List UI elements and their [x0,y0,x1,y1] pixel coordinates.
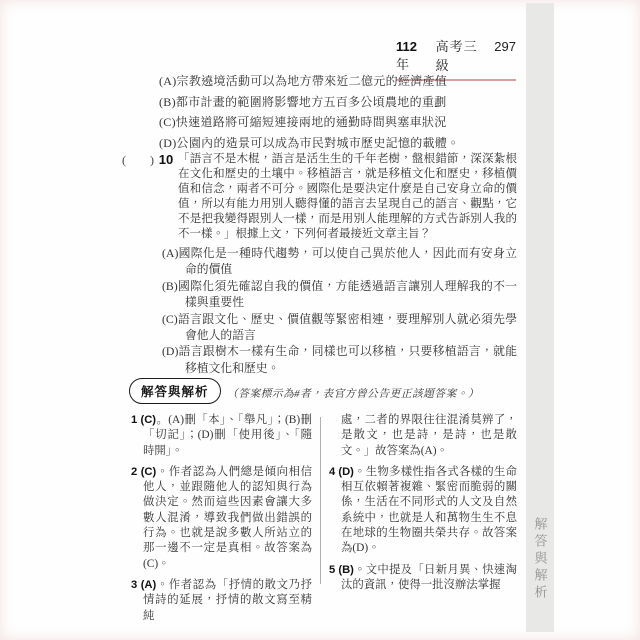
answers-column-right: 處，二者的界限往往混淆莫辨了，是散文，也是詩，是詩，也是散文。」故答案為(A)。… [329,413,517,630]
section-side-tab: 解答與解析 [526,3,554,632]
option-line-a: (A)宗教遶境活動可以為地方帶來近二億元的經濟產值 [159,71,523,92]
answer-item-1: 1 (C)。(A)刪「本」、「舉凡」；(B)刪「切記」；(D)刪「使用後」、「隨… [131,413,312,459]
answer-text: 。文中提及「日新月異、快速淘汰的資訊，使得一批沒辦法掌握 [341,564,517,591]
paren-open: ( [122,153,126,168]
question-block: ( ) 10 「語言不是木棍，語言是活生生的千年老樹，盤根錯節，深深紮根在文化和… [122,152,517,242]
column-divider [320,417,321,584]
answer-choice: (C) [141,414,157,426]
question-option-a: (A)國際化是一種時代趨勢，可以使自己異於他人，因此而有安身立命的價值 [162,245,517,278]
answer-number: 5 [329,564,335,576]
answer-parentheses: ( ) [122,152,154,168]
question-option-b: (B)國際化須先確認自我的價值，方能透過語言讓別人理解我的不一樣與重要性 [162,278,517,311]
answer-choice: (D) [338,466,354,478]
answers-section-note: （答案標示為#者，表官方曾公告更正該題答案。） [227,386,479,401]
book-page: 112年 高考三級 297 解答與解析 (A)宗教遶境活動可以為地方帶來近二億元… [0,0,640,640]
header-exam-title: 高考三級 [436,36,485,74]
answer-choice: (A) [141,579,157,591]
answer-text: 。作者認為人們總是傾向相信他人，並跟隨他人的認知與行為做決定。然而這些因素會讓大… [143,466,312,570]
answer-text: 。生物多樣性指各式各樣的生命相互依賴著複雜、緊密而脆弱的關係，生活在不同形式的人… [341,466,517,554]
question-options: (A)國際化是一種時代趨勢，可以使自己異於他人，因此而有安身立命的價值 (B)國… [162,245,517,376]
previous-question-options: (A)宗教遶境活動可以為地方帶來近二億元的經濟產值 (B)都市計畫的範圍將影響地… [159,71,523,153]
answer-text: 處，二者的界限往往混淆莫辨了，是散文，也是詩，是詩，也是散文。」故答案為(A)。 [341,414,517,457]
answer-number: 1 [131,414,137,426]
answer-choice: (B) [338,564,354,576]
answer-item-3-continuation: 處，二者的界限往往混淆莫辨了，是散文，也是詩，是詩，也是散文。」故答案為(A)。 [329,413,517,459]
question-option-c: (C)語言跟文化、歷史、價值觀等緊密相連，要理解別人就必須先學會他人的語言 [162,311,517,344]
question-number: 10 [154,152,178,167]
header-page-number: 297 [494,39,516,54]
header-year: 112年 [396,39,426,73]
answers-column-left: 1 (C)。(A)刪「本」、「舉凡」；(B)刪「切記」；(D)刪「使用後」、「隨… [131,413,312,630]
answer-number: 3 [131,579,137,591]
side-tab-label: 解答與解析 [531,517,550,602]
option-line-d: (D)公園內的造景可以成為市民對城市歷史記憶的載體。 [159,133,523,154]
answer-text: 。(A)刪「本」、「舉凡」；(B)刪「切記」；(D)刪「使用後」、「隨時開」。 [143,414,312,457]
answer-text: 。作者認為「抒情的散文乃抒情詩的延展，抒情的散文寫至精純 [143,579,312,622]
header-year-suffix: 年 [396,57,409,72]
header-year-number: 112 [396,39,417,54]
answer-item-2: 2 (C)。作者認為人們總是傾向相信他人，並跟隨他人的認知與行為做決定。然而這些… [131,465,312,572]
answer-number: 2 [131,466,137,478]
answer-choice: (C) [141,466,157,478]
answers-columns: 1 (C)。(A)刪「本」、「舉凡」；(B)刪「切記」；(D)刪「使用後」、「隨… [131,413,517,630]
option-line-c: (C)快速道路將可縮短連接兩地的通勤時間與塞車狀況 [159,112,523,133]
answer-item-3: 3 (A)。作者認為「抒情的散文乃抒情詩的延展，抒情的散文寫至精純 [131,578,312,624]
question-option-d: (D)語言跟樹木一樣有生命，同樣也可以移植，只要移植語言，就能移植文化和歷史。 [162,343,517,376]
answer-number: 4 [329,466,335,478]
option-line-b: (B)都市計畫的範圍將影響地方五百多公頃農地的重劃 [159,92,523,113]
answers-section-badge: 解答與解析 [129,378,221,404]
answer-item-5: 5 (B)。文中提及「日新月異、快速淘汰的資訊，使得一批沒辦法掌握 [329,563,517,594]
answer-item-4: 4 (D)。生物多樣性指各式各樣的生命相互依賴著複雜、緊密而脆弱的關係，生活在不… [329,465,517,557]
question-passage: 「語言不是木棍，語言是活生生的千年老樹，盤根錯節，深深紮根在文化和歷史的土壤中。… [178,152,517,242]
